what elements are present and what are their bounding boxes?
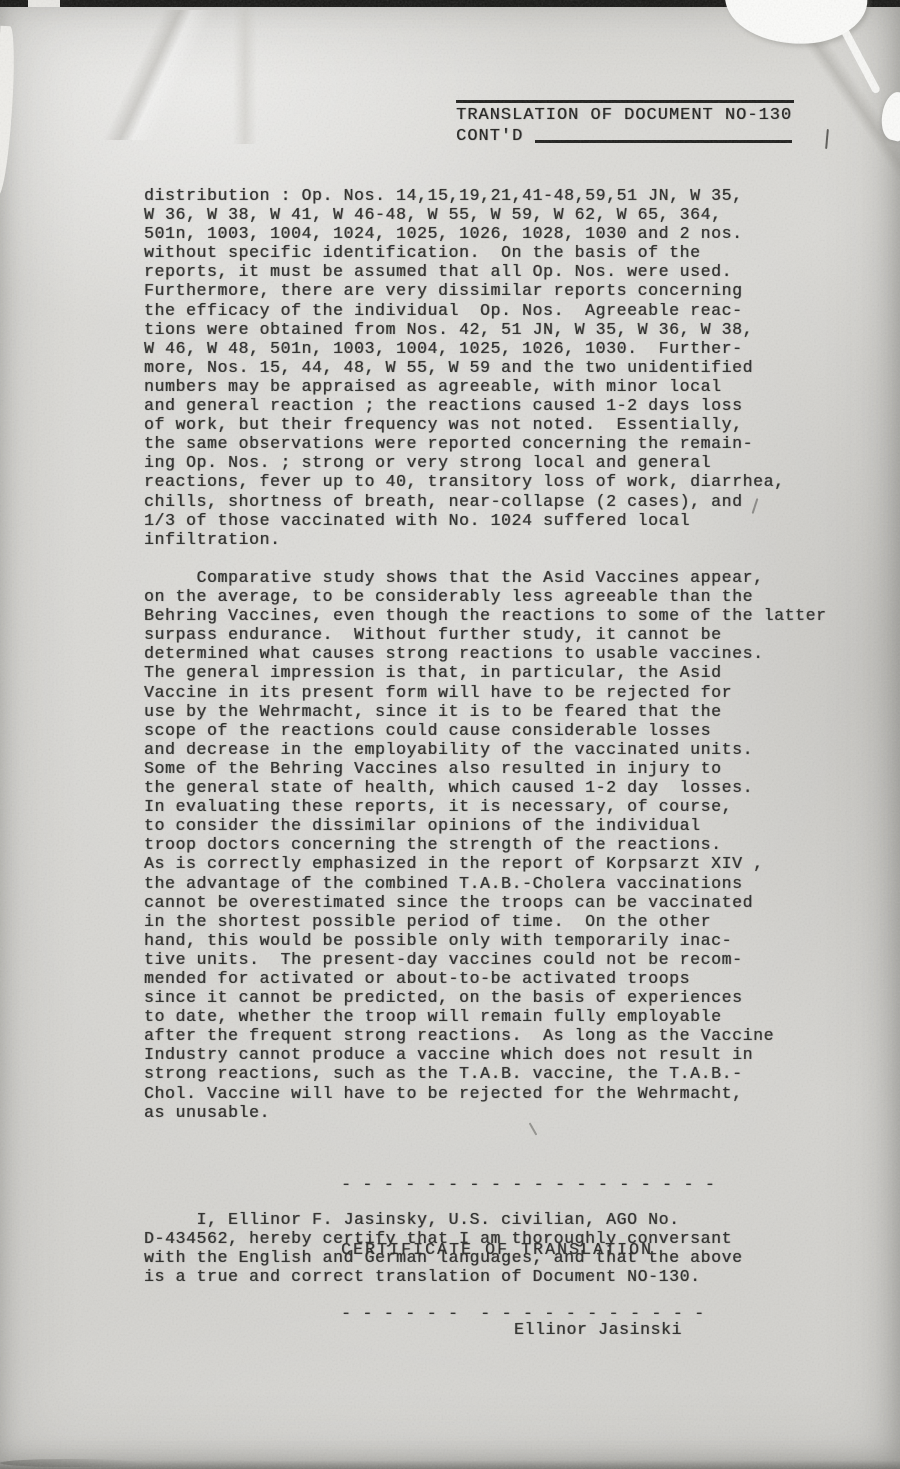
header-contd-label: CONT'D [456, 126, 523, 147]
body-paragraph-1: distribution : Op. Nos. 14,15,19,21,41-4… [144, 186, 785, 549]
certificate-body: I, Ellinor F. Jasinsky, U.S. civilian, A… [144, 1210, 743, 1286]
header-contd-row: CONT'D [456, 126, 794, 147]
document-header: TRANSLATION OF DOCUMENT NO-130 CONT'D [456, 100, 794, 147]
body-paragraph-2: Comparative study shows that the Asid Va… [144, 568, 827, 1122]
scan-edge-bottom [0, 1460, 900, 1469]
scan-edge-notch [28, 0, 60, 7]
scanned-document-page: TRANSLATION OF DOCUMENT NO-130 CONT'D di… [0, 0, 900, 1469]
paper-crease-vertical [225, 4, 265, 144]
paper-crease-top-right [790, 20, 900, 180]
header-underline-rule [535, 140, 792, 143]
certificate-rule-top: - - - - - - - - - - - - - - - - - - [341, 1174, 716, 1196]
paper-crease-top-left [0, 10, 330, 140]
header-title-line: TRANSLATION OF DOCUMENT NO-130 [456, 105, 794, 126]
pen-mark-header [825, 129, 829, 149]
signature-typed: Ellinor Jasinski [514, 1320, 682, 1339]
torn-edge-top-left [0, 26, 16, 197]
torn-edge-right [877, 90, 900, 143]
